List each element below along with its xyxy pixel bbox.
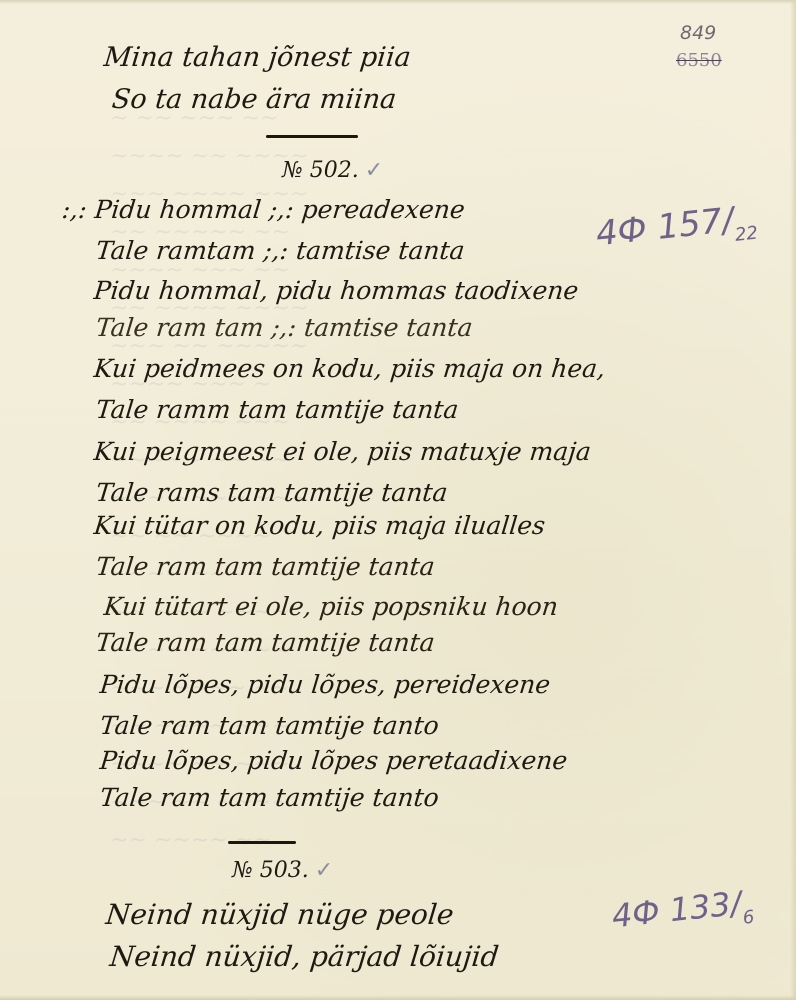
page-top-edge <box>0 0 796 4</box>
song-502-line: :,: Pidu hommal ;,: pereadexene <box>60 195 466 224</box>
song-502-line: Tale ramm tam tamtije tanta <box>94 395 459 424</box>
intro-line-1: Mina tahan jõnest piia <box>102 42 412 73</box>
song-502-line: Kui tütart ei ole, piis popsniku hoon <box>102 592 559 621</box>
song-502-line: Tale ramtam ;,: tamtise tanta <box>94 236 466 265</box>
song-502-line: Kui peidmees on kodu, piis maja on hea, <box>92 354 606 383</box>
song-502-line: Kui tütar on kodu, piis maja ilualles <box>92 511 546 540</box>
archive-ref-den: 22 <box>734 223 759 246</box>
song-503-line: Neind nüxjid nüge peole <box>104 898 455 931</box>
manuscript-page: ~ ~~ ~~~ ~~~~~~ ~~ ~~~~~~~ ~~~~ ~~~~~ ~~… <box>0 0 796 1000</box>
song-502-line: Tale ram tam tamtije tanta <box>94 628 436 657</box>
check-mark-icon: ✓ <box>315 858 333 883</box>
song-502-line: Pidu lõpes, pidu lõpes, pereidexene <box>98 670 551 699</box>
song-502-heading: № 502.✓ <box>282 158 383 183</box>
archive-ref-den: 6 <box>742 907 756 929</box>
check-mark-icon: ✓ <box>365 158 383 183</box>
song-502-line: Tale ram tam tamtije tanto <box>98 783 440 812</box>
song-502-line: Tale ram tam tamtije tanto <box>98 711 440 740</box>
song-502-line: Tale ram tam ;,: tamtise tanta <box>94 313 474 342</box>
song-502-line: Tale rams tam tamtije tanta <box>94 478 449 507</box>
song-502-number: № 502. <box>282 158 359 183</box>
section-divider-2 <box>228 841 296 844</box>
song-502-line: Kui peigmeest ei ole, piis matuxje maja <box>92 437 592 466</box>
intro-line-2: So ta nabe ära miina <box>110 84 398 115</box>
song-502-line: Pidu hommal, pidu hommas taodixene <box>92 276 579 305</box>
page-number: 849 <box>680 22 716 44</box>
song-503-archive-ref: 4Ф 133/6 <box>610 883 755 943</box>
song-503-number: № 503. <box>232 858 309 883</box>
page-right-edge <box>790 0 796 1000</box>
archive-ref-main: 4Ф 157 <box>594 201 724 254</box>
song-503-line: Neind nüxjid, pärjad lõiujid <box>108 940 500 973</box>
song-502-line: Tale ram tam tamtije tanta <box>94 552 436 581</box>
section-divider-1 <box>266 135 358 138</box>
archive-ref-main: 4Ф 133 <box>610 885 732 935</box>
old-page-number-struck: 6550 <box>676 50 722 71</box>
page-bottom-edge <box>0 995 796 1000</box>
song-502-archive-ref: 4Ф 157/22 <box>594 198 759 261</box>
song-503-heading: № 503.✓ <box>232 858 333 883</box>
song-502-line: Pidu lõpes, pidu lõpes peretaadixene <box>98 746 568 775</box>
